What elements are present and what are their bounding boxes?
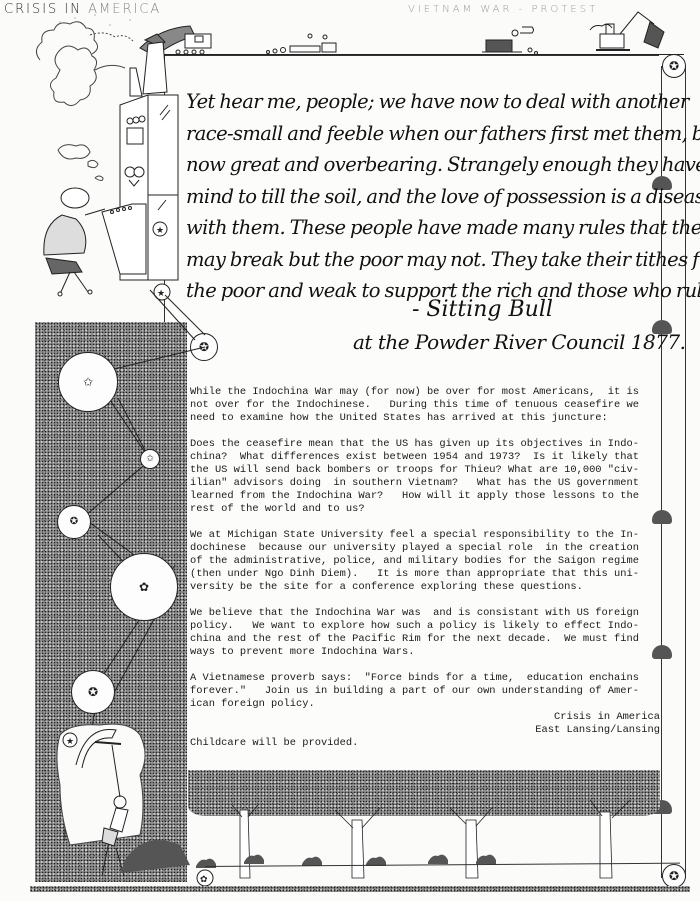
bottom-ground-strip [30,886,690,892]
tree-icon [335,808,380,878]
tree-icon [590,800,630,878]
tree-trunks [0,0,700,901]
tree-icon [450,808,492,878]
tree-icon [232,805,258,878]
